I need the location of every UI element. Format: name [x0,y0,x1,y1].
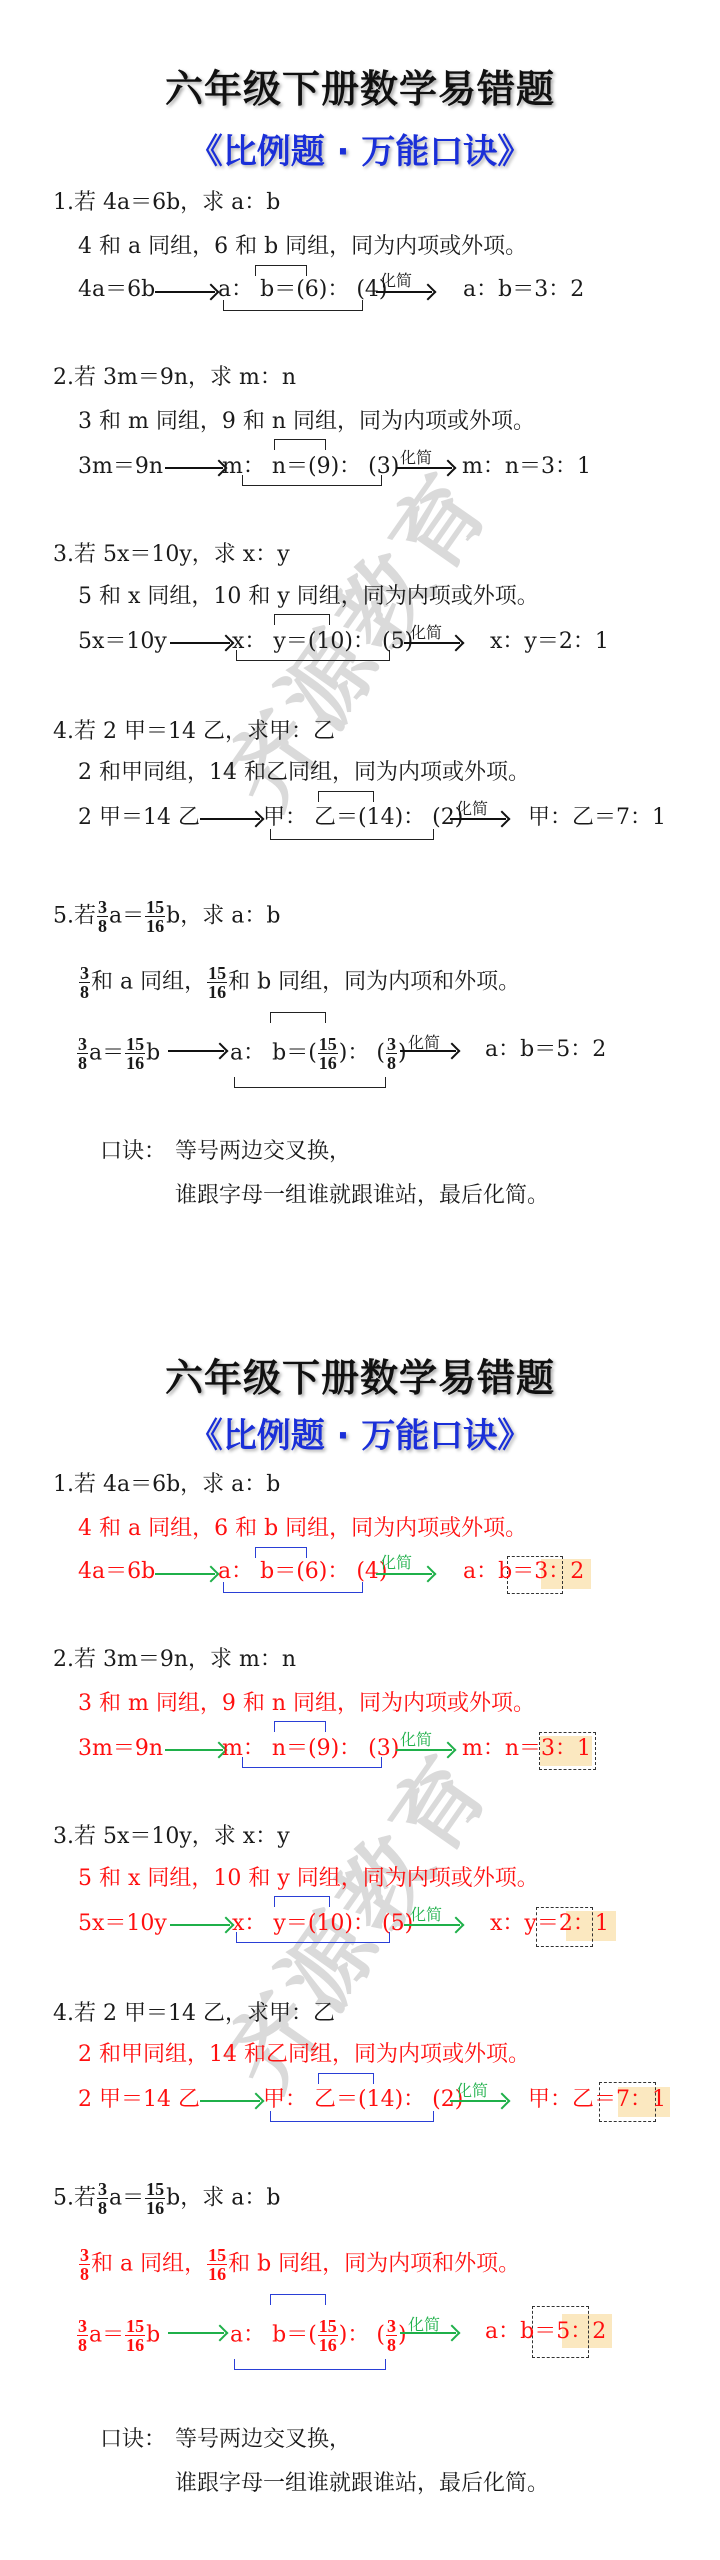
problem-5-question: 5.若38a＝1516b，求 a：b [53,2180,280,2217]
problem-4-rule: 2 和甲同组，14 和乙同组，同为内项或外项。 [78,2041,530,2069]
page-subtitle: 《比例题 · 万能口诀》 [0,1408,720,1457]
problem-5-rule: 38和 a 同组，1516和 b 同组，同为内项和外项。 [78,964,520,1001]
page-title: 六年级下册数学易错题 [0,58,720,113]
inner-bracket [318,791,374,802]
inner-bracket [270,2294,326,2305]
outer-bracket [234,2359,386,2370]
problem-2-rule: 3 和 m 同组，9 和 n 同组，同为内项或外项。 [78,1690,535,1718]
problem-5-eq-mid: a： b＝(1516)： (38) [230,1035,407,1072]
outer-bracket [270,829,434,840]
problem-1-eq-left: 4a＝6b [78,1558,155,1586]
outer-bracket [236,650,390,661]
inner-bracket [274,614,330,625]
problem-2-eq-left: 3m＝9n [78,453,163,481]
problem-1-answer: a：b＝3：2 [463,276,584,304]
problem-4-answer: 甲：乙＝7：1 [528,804,666,832]
problem-2-question: 2.若 3m＝9n，求 m：n [53,364,296,392]
section-plain: 齐源教育 六年级下册数学易错题 《比例题 · 万能口诀》 1.若 4a＝6b，求… [0,0,720,1280]
inner-bracket [274,1721,326,1732]
inner-bracket [318,2073,374,2084]
simplify-label: 化简 [400,1727,432,1750]
rhyme-line-2: 谁跟字母一组谁就跟谁站，最后化简。 [175,1178,549,1209]
arrow-icon [170,1924,230,1926]
simplify-label: 化简 [456,796,488,819]
problem-4-eq-mid: 甲： 乙＝(14)： (2) [263,2086,463,2114]
outer-bracket [242,475,382,486]
rhyme-line-1: 等号两边交叉换， [175,2422,351,2453]
arrow-icon [165,467,223,469]
arrow-icon [450,2100,506,2102]
problem-5-answer: a：b＝5：2 [485,1036,606,1064]
arrow-icon [168,1050,224,1052]
simplify-label: 化简 [456,2078,488,2101]
simplify-label: 化简 [410,1902,442,1925]
problem-3-answer: x：y＝2：1 [490,1910,609,1938]
rhyme-label: 口诀： [100,1134,166,1165]
simplify-label: 化简 [400,445,432,468]
problem-3-question: 3.若 5x＝10y，求 x：y [53,1823,290,1851]
arrow-icon [400,2332,456,2334]
problem-2-answer: m：n＝3：1 [462,453,591,481]
arrow-icon [200,818,260,820]
outer-bracket [236,1932,390,1943]
outer-bracket [234,1077,386,1088]
problem-4-eq-mid: 甲： 乙＝(14)： (2) [263,804,463,832]
problem-4-rule: 2 和甲同组，14 和乙同组，同为内项或外项。 [78,759,530,787]
problem-1-rule: 4 和 a 同组，6 和 b 同组，同为内项或外项。 [78,233,527,261]
problem-5-eq-left: 38a＝1516b [76,2317,160,2354]
arrow-icon [396,467,452,469]
arrow-icon [170,642,230,644]
arrow-icon [200,2100,260,2102]
inner-bracket [274,1896,330,1907]
simplify-label: 化简 [410,620,442,643]
problem-5-eq-left: 38a＝1516b [76,1035,160,1072]
problem-4-answer: 甲：乙＝7：1 [528,2086,666,2114]
outer-bracket [242,1757,382,1768]
problem-1-eq-left: 4a＝6b [78,276,155,304]
problem-1-question: 1.若 4a＝6b，求 a：b [53,1471,280,1499]
arrow-icon [404,642,460,644]
problem-2-rule: 3 和 m 同组，9 和 n 同组，同为内项或外项。 [78,408,535,436]
simplify-label: 化简 [380,1550,412,1573]
arrow-icon [400,1050,456,1052]
arrow-icon [396,1749,452,1751]
arrow-icon [155,291,215,293]
problem-4-eq-left: 2 甲＝14 乙 [78,804,200,832]
problem-5-answer: a：b＝5：2 [485,2318,606,2346]
problem-1-answer: a：b＝3：2 [463,1558,584,1586]
outer-bracket [223,300,363,311]
problem-4-question: 4.若 2 甲＝14 乙，求甲：乙 [53,2000,335,2028]
problem-5-rule: 38和 a 同组，1516和 b 同组，同为内项和外项。 [78,2246,520,2283]
rhyme-line-1: 等号两边交叉换， [175,1134,351,1165]
rhyme-line-2: 谁跟字母一组谁就跟谁站，最后化简。 [175,2466,549,2497]
simplify-label: 化简 [380,268,412,291]
inner-bracket [274,439,326,450]
arrow-icon [165,1749,223,1751]
problem-1-question: 1.若 4a＝6b，求 a：b [53,189,280,217]
inner-bracket [270,1012,326,1023]
inner-bracket [255,1547,307,1558]
section-annotated: 齐源教育 六年级下册数学易错题 《比例题 · 万能口诀》 1.若 4a＝6b，求… [0,1282,720,2560]
inner-bracket [255,265,307,276]
problem-3-answer: x：y＝2：1 [490,628,609,656]
problem-5-question: 5.若38a＝1516b，求 a：b [53,898,280,935]
arrow-icon [450,818,506,820]
problem-3-rule: 5 和 x 同组，10 和 y 同组，同为内项或外项。 [78,1865,539,1893]
arrow-icon [376,291,432,293]
problem-3-rule: 5 和 x 同组，10 和 y 同组，同为内项或外项。 [78,583,539,611]
outer-bracket [223,1582,363,1593]
problem-2-eq-left: 3m＝9n [78,1735,163,1763]
arrow-icon [168,2332,224,2334]
problem-2-answer: m：n＝3：1 [462,1735,591,1763]
problem-2-question: 2.若 3m＝9n，求 m：n [53,1646,296,1674]
problem-3-question: 3.若 5x＝10y，求 x：y [53,541,290,569]
problem-4-eq-left: 2 甲＝14 乙 [78,2086,200,2114]
page-subtitle: 《比例题 · 万能口诀》 [0,124,720,173]
arrow-icon [376,1573,432,1575]
problem-3-eq-left: 5x＝10y [78,1910,167,1938]
outer-bracket [270,2111,434,2122]
problem-3-eq-left: 5x＝10y [78,628,167,656]
problem-5-eq-mid: a： b＝(1516)： (38) [230,2317,407,2354]
problem-4-question: 4.若 2 甲＝14 乙，求甲：乙 [53,718,335,746]
problem-1-rule: 4 和 a 同组，6 和 b 同组，同为内项或外项。 [78,1515,527,1543]
rhyme-label: 口诀： [100,2422,166,2453]
arrow-icon [155,1573,215,1575]
page-title: 六年级下册数学易错题 [0,1347,720,1402]
arrow-icon [404,1924,460,1926]
